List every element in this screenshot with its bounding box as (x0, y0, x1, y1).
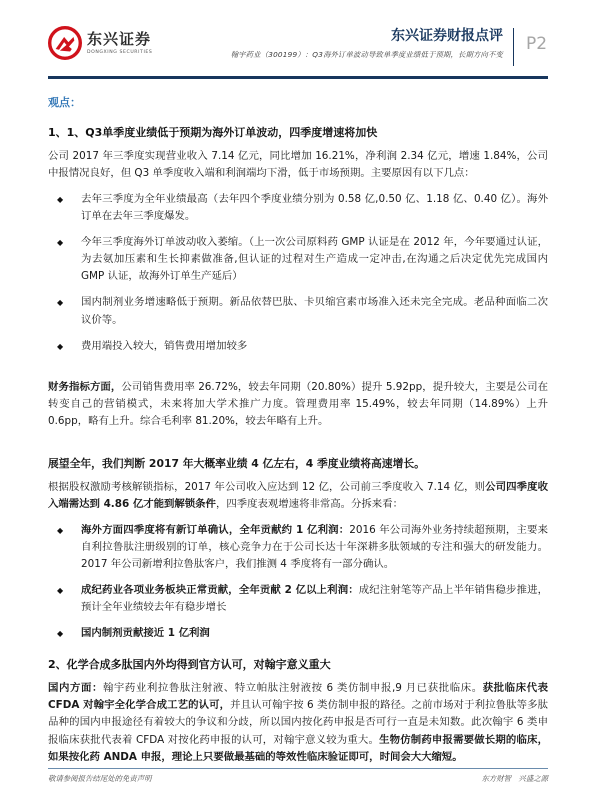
viewpoint-label: 观点： (48, 94, 548, 110)
footer-disclaimer: 敬请参阅报告结尾处的免责声明 (48, 773, 151, 784)
report-title-block: 东兴证券财报点评 翰宇药业（300199）：Q3海外订单波动导致单季度业绩低于预… (231, 26, 513, 60)
report-type-title: 东兴证券财报点评 (231, 28, 503, 45)
logo-text: 东兴证券 DONGXING SECURITIES (87, 31, 152, 55)
bullet-text: 国内制剂业务增速略低于预期。新品依替巴肽、卡贝缩宫素市场准入还未完全完成。老品种… (81, 294, 548, 328)
list-item: ◆ 国内制剂贡献接近 1 亿利润 (48, 625, 548, 642)
footer-slogan: 东方财智 兴盛之源 (481, 773, 548, 784)
bullet-diamond-icon: ◆ (48, 294, 81, 328)
report-body: 观点： 1、1、Q3单季度业绩低于预期为海外订单波动，四季度增速将加快 公司 2… (48, 94, 548, 774)
outlook-title: 展望全年，我们判断 2017 年大概率业绩 4 亿左右，4 季度业绩将高速增长。 (48, 456, 548, 471)
list-item: ◆ 费用端投入较大，销售费用增加较多 (48, 338, 548, 355)
bullet-text: 今年三季度海外订单波动收入萎缩。（上一次公司原料药 GMP 认证是在 2012 … (81, 234, 548, 285)
section-2-title: 2、化学合成多肽国内外均得到官方认可，对翰宇意义重大 (48, 656, 548, 672)
page-number: P2 (514, 26, 560, 54)
bullet-diamond-icon: ◆ (48, 191, 81, 225)
section-2-paragraph: 国内方面：翰宇药业利拉鲁肽注射液、特立帕肽注射液按 6 类仿制申报,9 月已获批… (48, 680, 548, 765)
report-subtitle: 翰宇药业（300199）：Q3海外订单波动导致单季度业绩低于预期，长期方向不变 (231, 50, 503, 60)
bullet-text: 国内制剂贡献接近 1 亿利润 (81, 625, 548, 642)
list-item: ◆ 海外方面四季度将有新订单确认，全年贡献约 1 亿利润：2016 年公司海外业… (48, 522, 548, 573)
report-page: 东兴证券 DONGXING SECURITIES 东兴证券财报点评 翰宇药业（3… (0, 0, 596, 808)
list-item: ◆ 今年三季度海外订单波动收入萎缩。（上一次公司原料药 GMP 认证是在 201… (48, 234, 548, 285)
dongxing-logo: 东兴证券 DONGXING SECURITIES (48, 26, 152, 60)
bullet-diamond-icon: ◆ (48, 234, 81, 285)
financial-metrics-paragraph: 财务指标方面，公司销售费用率 26.72%，较去年同期（20.80%）提升 5.… (48, 379, 548, 430)
list-item: ◆ 成纪药业各项业务板块正常贡献，全年贡献 2 亿以上利润：成纪注射笔等产品上半… (48, 582, 548, 616)
bullet-diamond-icon: ◆ (48, 338, 81, 355)
bullet-text: 去年三季度为全年业绩最高（去年四个季度业绩分别为 0.58 亿,0.50 亿、1… (81, 191, 548, 225)
logo-name-cn: 东兴证券 (87, 31, 152, 48)
section-1-paragraph: 公司 2017 年三季度实现营业收入 7.14 亿元，同比增加 16.21%，净… (48, 148, 548, 182)
list-item: ◆ 国内制剂业务增速略低于预期。新品依替巴肽、卡贝缩宫素市场准入还未完全完成。老… (48, 294, 548, 328)
list-item: ◆ 去年三季度为全年业绩最高（去年四个季度业绩分别为 0.58 亿,0.50 亿… (48, 191, 548, 225)
outlook-paragraph: 根据股权激励考核解锁指标，2017 年公司收入应达到 12 亿，公司前三季度收入… (48, 479, 548, 513)
page-header: 东兴证券 DONGXING SECURITIES 东兴证券财报点评 翰宇药业（3… (48, 26, 560, 66)
bullet-diamond-icon: ◆ (48, 522, 81, 573)
bullet-diamond-icon: ◆ (48, 625, 81, 642)
dongxing-logo-icon (48, 26, 82, 60)
bullet-text: 成纪药业各项业务板块正常贡献，全年贡献 2 亿以上利润：成纪注射笔等产品上半年销… (81, 582, 548, 616)
section-1-title: 1、1、Q3单季度业绩低于预期为海外订单波动，四季度增速将加快 (48, 124, 548, 140)
bullet-text: 海外方面四季度将有新订单确认，全年贡献约 1 亿利润：2016 年公司海外业务持… (81, 522, 548, 573)
bullet-diamond-icon: ◆ (48, 582, 81, 616)
bullet-text: 费用端投入较大，销售费用增加较多 (81, 338, 548, 355)
page-footer: 敬请参阅报告结尾处的免责声明 东方财智 兴盛之源 (48, 768, 548, 784)
header-rule (48, 76, 548, 79)
logo-name-en: DONGXING SECURITIES (87, 50, 152, 55)
section-1-bullet-list: ◆ 去年三季度为全年业绩最高（去年四个季度业绩分别为 0.58 亿,0.50 亿… (48, 191, 548, 355)
outlook-bullet-list: ◆ 海外方面四季度将有新订单确认，全年贡献约 1 亿利润：2016 年公司海外业… (48, 522, 548, 642)
